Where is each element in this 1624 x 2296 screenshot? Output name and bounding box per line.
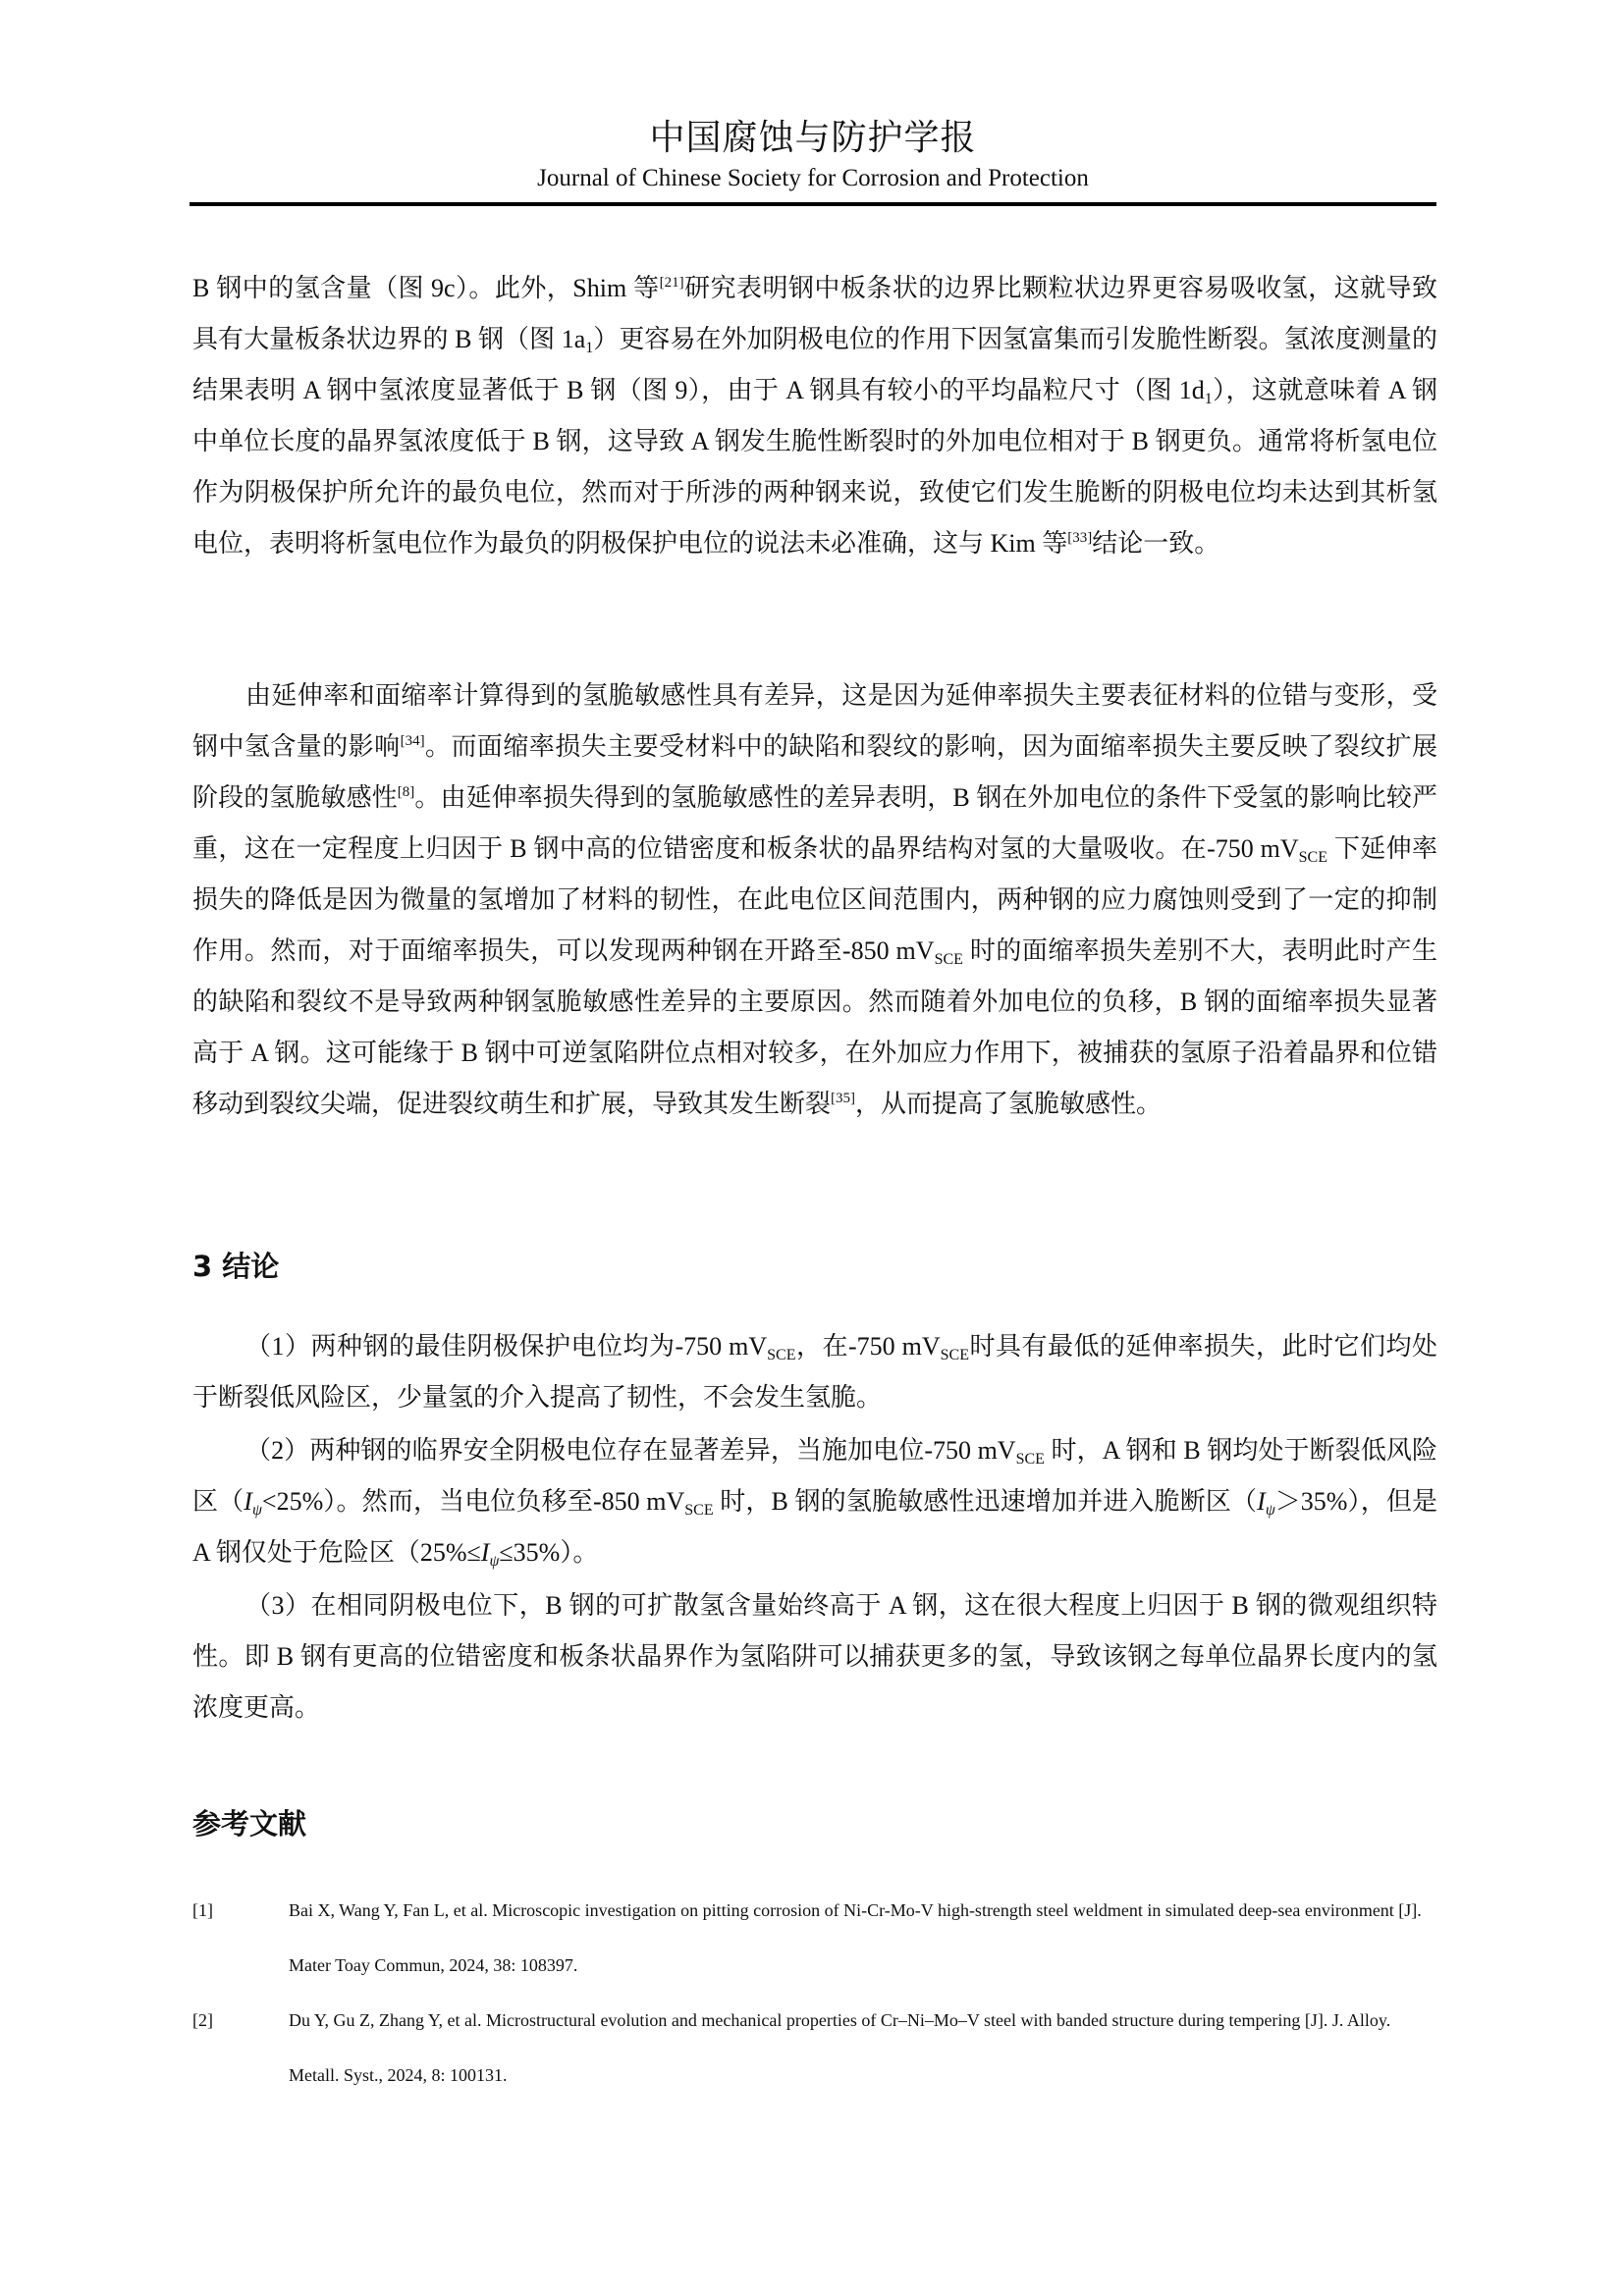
text-run: ，在-750 mV bbox=[795, 1332, 940, 1361]
subscript: ψ bbox=[489, 1553, 499, 1570]
subscript: SCE bbox=[941, 1347, 969, 1363]
reference-item: [1] Bai X, Wang Y, Fan L, et al. Microsc… bbox=[192, 1883, 1437, 1993]
math-symbol: I bbox=[1257, 1487, 1266, 1516]
section-heading-conclusion: 3 结论 bbox=[192, 1247, 279, 1286]
reference-number: [2] bbox=[192, 1993, 213, 2048]
math-symbol: I bbox=[244, 1487, 252, 1516]
paragraph: B 钢中的氢含量（图 9c）。此外，Shim 等[21]研究表明钢中板条状的边界… bbox=[192, 263, 1437, 569]
subscript: ψ bbox=[252, 1502, 262, 1519]
text-run: B 钢中的氢含量（图 9c）。此外，Shim 等 bbox=[192, 274, 660, 302]
text-run: 结论一致。 bbox=[1092, 529, 1219, 558]
discussion-paragraph-2: 由延伸率和面缩率计算得到的氢脆敏感性具有差异，这是因为延伸率损失主要表征材料的位… bbox=[192, 670, 1437, 1130]
text-run: <25%）。然而，当电位负移至-850 mV bbox=[262, 1487, 684, 1516]
conclusion-item-2: （2）两种钢的临界安全阴极电位存在显著差异，当施加电位-750 mVSCE 时，… bbox=[192, 1425, 1437, 1578]
section-heading-references: 参考文献 bbox=[192, 1804, 306, 1843]
subscript: SCE bbox=[935, 951, 963, 968]
journal-title-en: Journal of Chinese Society for Corrosion… bbox=[189, 163, 1436, 194]
citation-link[interactable]: [21] bbox=[660, 275, 684, 291]
header-divider bbox=[189, 202, 1436, 206]
text-run: （3）在相同阴极电位下，B 钢的可扩散氢含量始终高于 A 钢，这在很大程度上归因… bbox=[192, 1591, 1437, 1722]
conclusion-item-1: （1）两种钢的最佳阴极保护电位均为-750 mVSCE，在-750 mVSCE时… bbox=[192, 1321, 1437, 1423]
reference-text: Du Y, Gu Z, Zhang Y, et al. Microstructu… bbox=[289, 1993, 1437, 2103]
subscript: SCE bbox=[767, 1347, 795, 1363]
citation-link[interactable]: [34] bbox=[401, 733, 425, 749]
subscript: SCE bbox=[1016, 1451, 1045, 1468]
reference-text: Bai X, Wang Y, Fan L, et al. Microscopic… bbox=[289, 1883, 1437, 1993]
conclusion-item-3: （3）在相同阴极电位下，B 钢的可扩散氢含量始终高于 A 钢，这在很大程度上归因… bbox=[192, 1580, 1437, 1734]
paragraph: 由延伸率和面缩率计算得到的氢脆敏感性具有差异，这是因为延伸率损失主要表征材料的位… bbox=[192, 670, 1437, 1130]
citation-link[interactable]: [8] bbox=[398, 784, 415, 800]
text-run: ，从而提高了氢脆敏感性。 bbox=[855, 1090, 1162, 1118]
paragraph: （1）两种钢的最佳阴极保护电位均为-750 mVSCE，在-750 mVSCE时… bbox=[192, 1321, 1437, 1423]
discussion-paragraph-1: B 钢中的氢含量（图 9c）。此外，Shim 等[21]研究表明钢中板条状的边界… bbox=[192, 263, 1437, 569]
subscript: SCE bbox=[684, 1502, 713, 1519]
reference-item: [2] Du Y, Gu Z, Zhang Y, et al. Microstr… bbox=[192, 1993, 1437, 2103]
journal-header: 中国腐蚀与防护学报 Journal of Chinese Society for… bbox=[189, 116, 1436, 194]
text-run: 时，B 钢的氢脆敏感性迅速增加并进入脆断区（ bbox=[714, 1487, 1258, 1516]
reference-number: [1] bbox=[192, 1883, 213, 1938]
subscript: SCE bbox=[1299, 849, 1327, 866]
text-run: （2）两种钢的临界安全阴极电位存在显著差异，当施加电位-750 mV bbox=[245, 1436, 1016, 1465]
text-run: （1）两种钢的最佳阴极保护电位均为-750 mV bbox=[245, 1332, 767, 1361]
paragraph: （2）两种钢的临界安全阴极电位存在显著差异，当施加电位-750 mVSCE 时，… bbox=[192, 1425, 1437, 1578]
citation-link[interactable]: [33] bbox=[1067, 530, 1092, 546]
subscript: 1 bbox=[1205, 391, 1213, 407]
subscript: ψ bbox=[1266, 1502, 1275, 1519]
journal-title-cn: 中国腐蚀与防护学报 bbox=[189, 116, 1436, 159]
reference-list: [1] Bai X, Wang Y, Fan L, et al. Microsc… bbox=[192, 1883, 1437, 2103]
paragraph: （3）在相同阴极电位下，B 钢的可扩散氢含量始终高于 A 钢，这在很大程度上归因… bbox=[192, 1580, 1437, 1734]
citation-link[interactable]: [35] bbox=[831, 1091, 855, 1106]
text-run: ≤35%）。 bbox=[499, 1538, 598, 1567]
